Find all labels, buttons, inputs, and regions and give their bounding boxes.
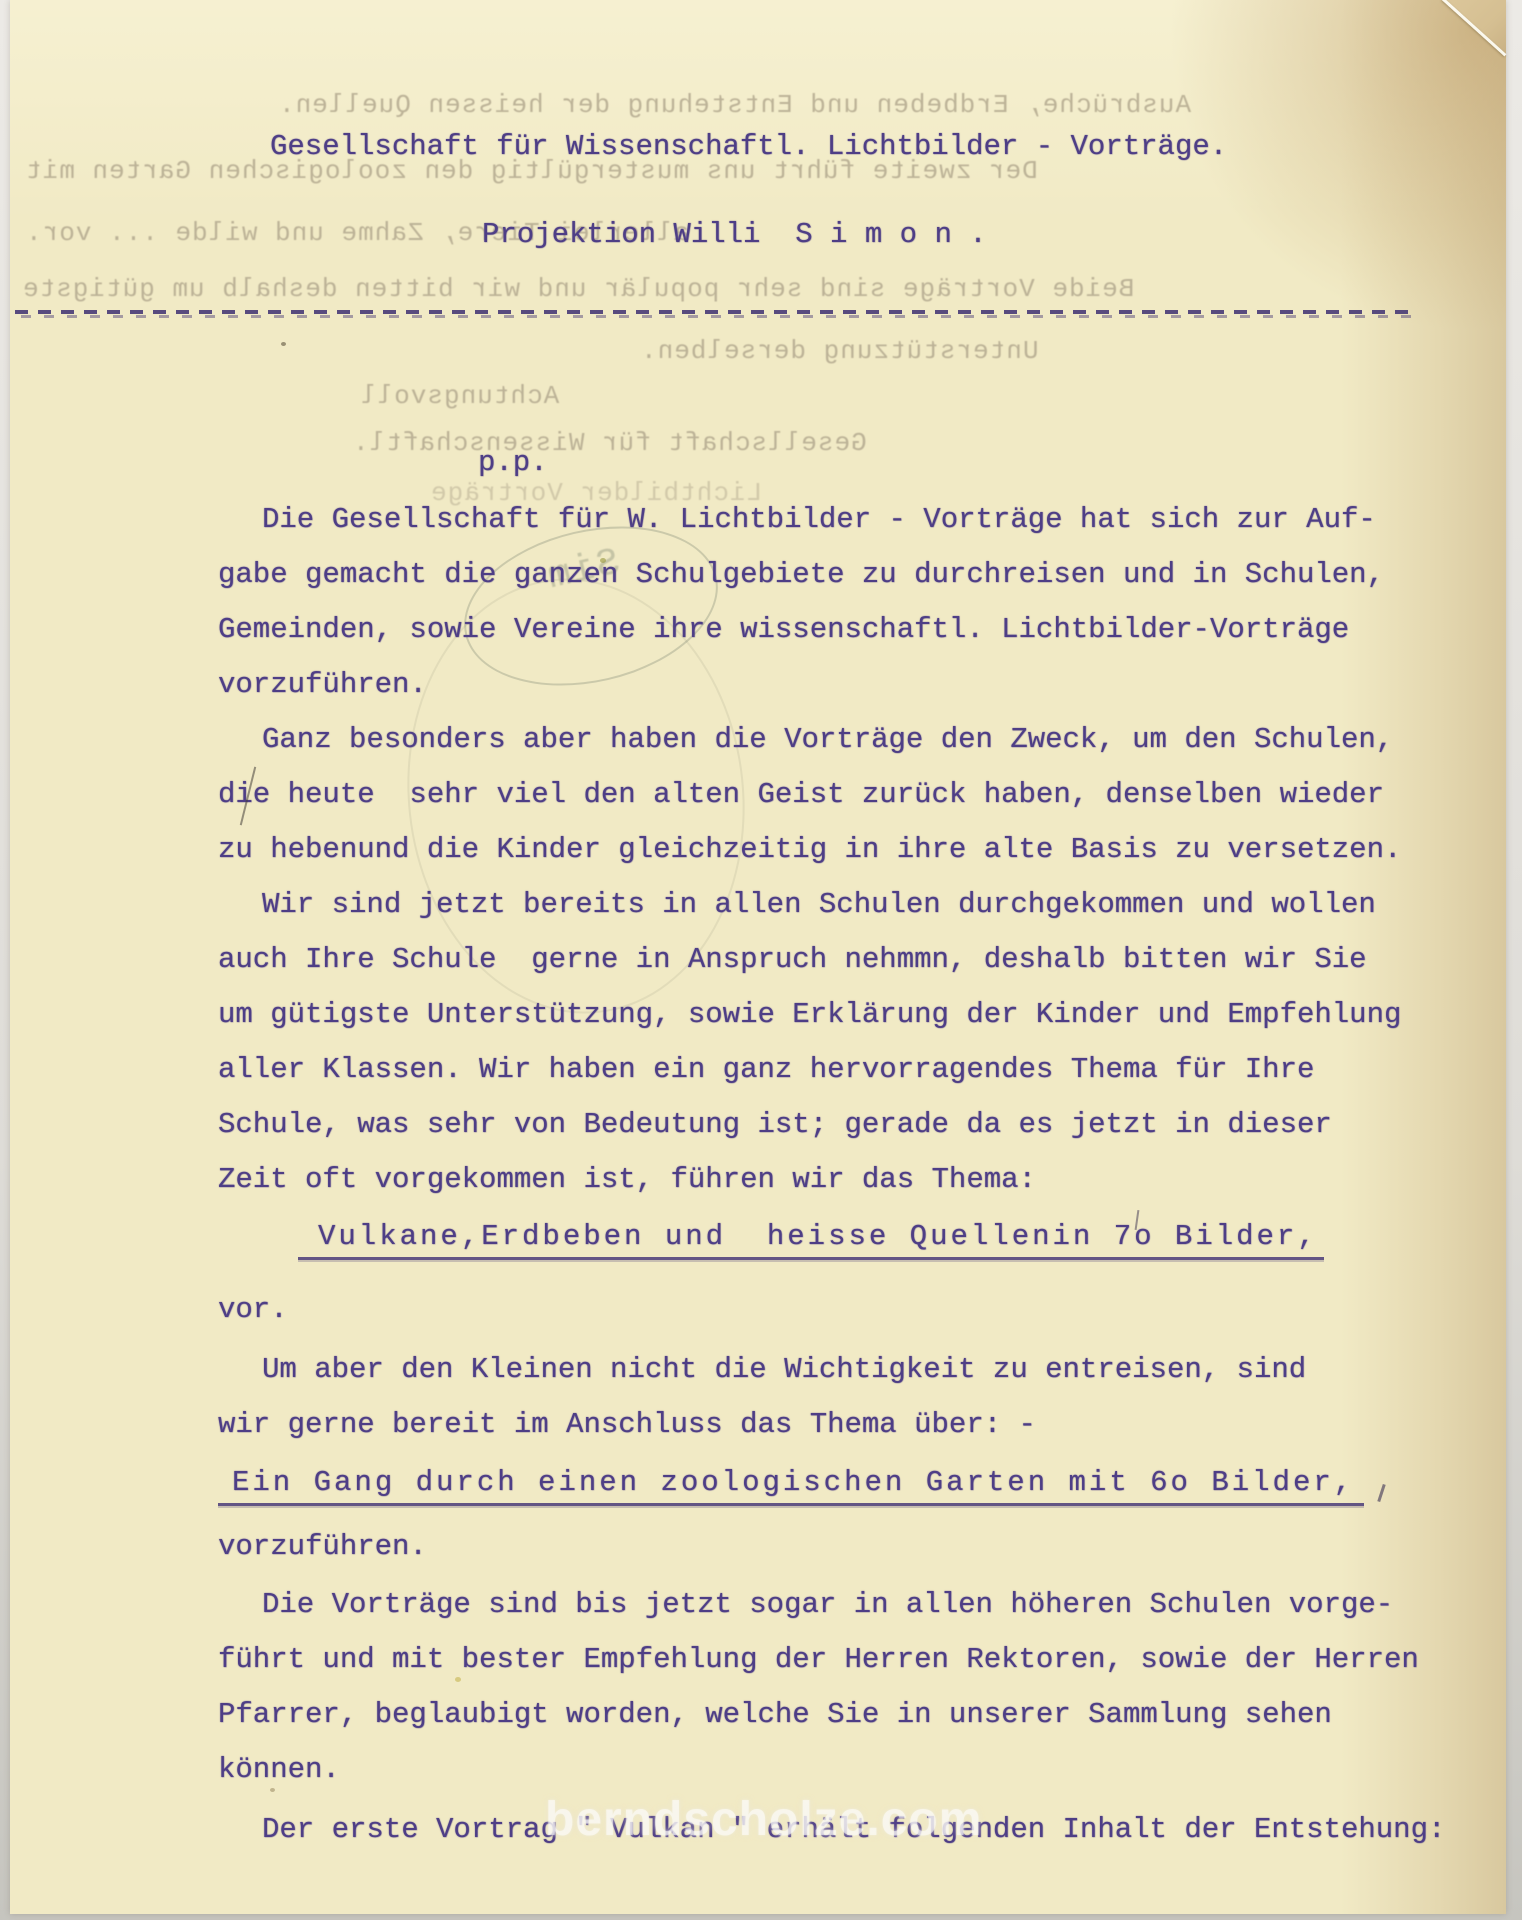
typed-line: Ganz besonders aber haben die Vorträge d… (262, 725, 1393, 754)
salutation: p.p. (478, 448, 548, 477)
underlined-topic-zoo: Ein Gang durch einen zoologischen Garten… (218, 1468, 1364, 1506)
bleed-through-line: Achtungsvoll (360, 383, 559, 409)
letterhead-title: Gesellschaft für Wissenschaftl. Lichtbil… (270, 132, 1227, 161)
typed-line: gabe gemacht die ganzen Schulgebiete zu … (218, 560, 1384, 589)
photo-watermark: berndscholze.com (545, 1792, 982, 1847)
typed-line: führt und mit bester Empfehlung der Herr… (218, 1645, 1419, 1674)
typed-line: können. (218, 1755, 340, 1784)
typed-line: Gemeinden, sowie Vereine ihre wissenscha… (218, 615, 1349, 644)
typed-line: Zeit oft vorgekommen ist, führen wir das… (218, 1165, 1036, 1194)
bleed-through-line: Beide Vorträge sind sehr populär und wir… (22, 276, 1134, 302)
typed-line: Pfarrer, beglaubigt worden, welche Sie i… (218, 1700, 1332, 1729)
typed-line: um gütigste Unterstützung, sowie Erkläru… (218, 1000, 1401, 1029)
underlined-topic-vulkane: Vulkane,Erdbeben und heisse Quellenin 7o… (298, 1222, 1324, 1260)
typed-line: Die Gesellschaft für W. Lichtbilder - Vo… (262, 505, 1376, 534)
typed-divider (15, 310, 1417, 318)
typed-line: vorzuführen. (218, 1532, 427, 1561)
typed-line: vor. (218, 1295, 288, 1324)
dust-speck (270, 1788, 275, 1792)
bleed-through-line: Gesellschaft für Wissenschaftl. (352, 430, 867, 456)
typed-line: zu hebenund die Kinder gleichzeitig in i… (218, 835, 1401, 864)
dust-speck (281, 342, 286, 346)
typed-line: auch Ihre Schule gerne in Anspruch nehmm… (218, 945, 1367, 974)
typed-line: vorzuführen. (218, 670, 427, 699)
typed-line: Wir sind jetzt bereits in allen Schulen … (262, 890, 1376, 919)
typed-line: die heute sehr viel den alten Geist zurü… (218, 780, 1384, 809)
typed-line: wir gerne bereit im Anschluss das Thema … (218, 1410, 1036, 1439)
paper-sheet: Ausbrüche, Erdbeben und Entstehung der h… (10, 0, 1506, 1914)
pen-tick (1377, 1484, 1385, 1502)
bleed-through-line: Unterstützung derselben. (640, 338, 1038, 364)
typed-line: Die Vorträge sind bis jetzt sogar in all… (262, 1590, 1393, 1619)
dust-speck (600, 558, 606, 563)
typed-line: aller Klassen. Wir haben ein ganz hervor… (218, 1055, 1314, 1084)
typed-line: Schule, was sehr von Bedeutung ist; gera… (218, 1110, 1332, 1139)
typed-line: Um aber den Kleinen nicht die Wichtigkei… (262, 1355, 1306, 1384)
letterhead-subtitle: Projektion Willi S i m o n . (482, 220, 987, 249)
dust-speck (455, 1677, 461, 1682)
bleed-through-line: Ausbrüche, Erdbeben und Entstehung der h… (278, 92, 1191, 118)
